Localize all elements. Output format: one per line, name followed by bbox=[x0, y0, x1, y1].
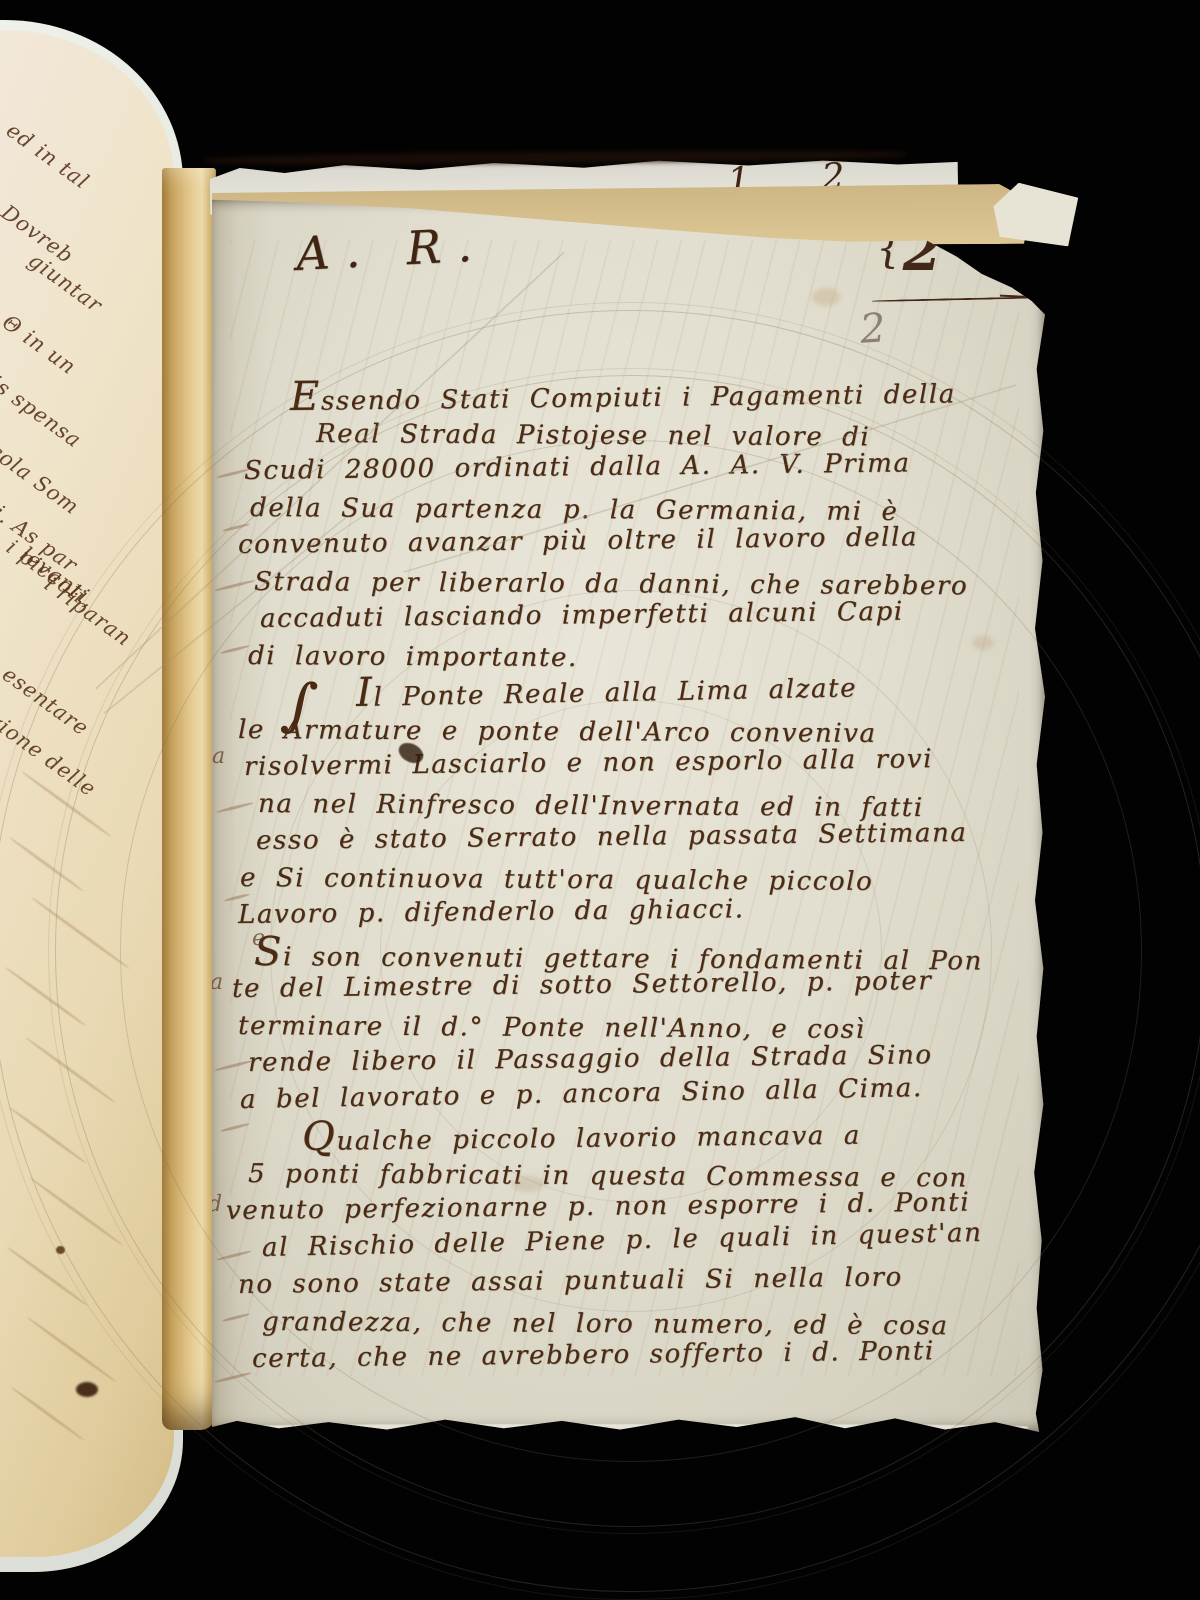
manuscript-photo: ed in tal to Dovreb giuntar Θ in un dis … bbox=[0, 0, 1200, 1600]
manuscript-line: risolvermi Lasciarlo e non esporlo alla … bbox=[244, 741, 1034, 787]
foxing-spot bbox=[512, 1176, 544, 1192]
page-edges-gutter bbox=[162, 168, 216, 1430]
left-page-text-fragment: dis spensa bbox=[0, 362, 86, 453]
ink-stain bbox=[76, 1382, 98, 1397]
pencil-folio-number: 2 bbox=[858, 305, 887, 353]
bleedthrough-stroke bbox=[10, 1386, 85, 1441]
left-page-text-fragment: Θ in un bbox=[0, 310, 81, 379]
bleedthrough-stroke bbox=[6, 1246, 89, 1307]
left-page-edge: ed in tal to Dovreb giuntar Θ in un dis … bbox=[0, 20, 183, 1572]
manuscript-line: convenuto avanzar più oltre il lavoro de… bbox=[238, 519, 1034, 565]
foxing-spot bbox=[972, 636, 994, 650]
manuscript-line: Qualche piccolo lavorio mancava a bbox=[302, 1112, 1034, 1157]
manuscript-line: accaduti lasciando imperfetti alcuni Cap… bbox=[260, 593, 1034, 639]
deckle-bottom-edge bbox=[229, 1424, 1029, 1431]
manuscript-line: Essendo Stati Compiuti i Pagamenti della bbox=[290, 372, 1034, 417]
bleedthrough-stroke bbox=[26, 1316, 117, 1383]
manuscript-page: A. R. {2 2 ∫ Essendo Stati Compiuti i Pa… bbox=[212, 196, 1045, 1432]
manuscript-line: certa, che ne avrebbero sofferto i d. Po… bbox=[252, 1333, 1034, 1379]
margin-mark: a bbox=[212, 744, 225, 769]
margin-mark: e bbox=[252, 926, 265, 951]
bleedthrough-stroke bbox=[8, 836, 84, 893]
handwritten-text-block: Essendo Stati Compiuti i Pagamenti della… bbox=[238, 380, 1034, 1379]
manuscript-line: te del Limestre di sotto Settorello, p. … bbox=[232, 963, 1034, 1009]
manuscript-line: esso è stato Serrato nella passata Setti… bbox=[256, 815, 1034, 861]
bleedthrough-stroke bbox=[30, 896, 130, 970]
manuscript-line: Lavoro p. difenderlo da ghiacci. bbox=[238, 889, 1034, 935]
bleedthrough-stroke bbox=[28, 1176, 124, 1247]
manuscript-line: no sono state assai puntuali Si nella lo… bbox=[238, 1259, 1034, 1305]
heading-initials: A. R. bbox=[295, 217, 489, 281]
left-page-text-fragment: ed in tal bbox=[2, 118, 94, 194]
folio-underline bbox=[872, 296, 1064, 302]
foxing-spot bbox=[812, 288, 840, 306]
bleedthrough-stroke bbox=[8, 1106, 87, 1165]
manuscript-line: Scudi 28000 ordinati dalla A. A. V. Prim… bbox=[244, 445, 1034, 491]
bleedthrough-stroke bbox=[24, 1036, 116, 1104]
left-page: ed in tal to Dovreb giuntar Θ in un dis … bbox=[0, 30, 174, 1557]
ink-stain bbox=[56, 1246, 65, 1254]
bleedthrough-stroke bbox=[4, 966, 87, 1027]
